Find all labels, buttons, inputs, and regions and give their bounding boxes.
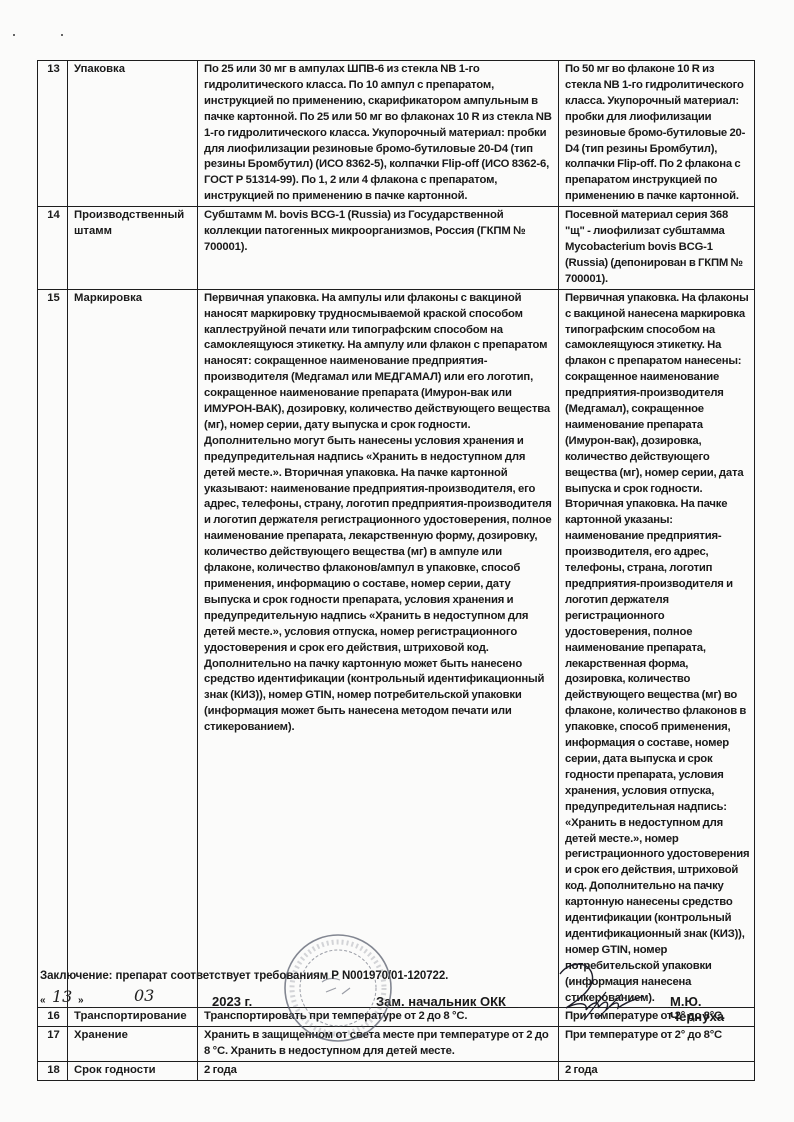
row-requirement: 2 года — [198, 1062, 559, 1081]
result-text: Первичная упаковка. На флаконы с вакцино… — [565, 291, 750, 1007]
row-requirement: Первичная упаковка. На ампулы или флакон… — [198, 289, 559, 1008]
row-number: 18 — [38, 1062, 68, 1081]
date-day: 13 — [52, 987, 72, 1006]
signer-name: М.Ю. Чернуха — [670, 994, 755, 1024]
scan-speck — [13, 34, 15, 36]
result-text: При температуре от 2° до 8°С — [565, 1028, 750, 1044]
conclusion-text: Заключение: препарат соответствует требо… — [40, 970, 448, 982]
table-row: 18 Срок годности 2 года 2 года — [38, 1062, 755, 1081]
row-number: 17 — [38, 1027, 68, 1062]
date-open-quote: « — [40, 995, 46, 1006]
date-year: 2023 г. — [212, 994, 252, 1009]
row-requirement: Хранить в защищенном от света месте при … — [198, 1027, 559, 1062]
result-text: 2 года — [565, 1063, 750, 1079]
date-month: 03 — [134, 986, 154, 1005]
row-result: 2 года — [559, 1062, 755, 1081]
requirement-text: Субштамм M. bovis BCG-1 (Russia) из Госу… — [204, 208, 554, 256]
table-row: 14 Производственный штамм Субштамм M. bo… — [38, 207, 755, 290]
signature-underline — [518, 991, 668, 1008]
row-indicator: Маркировка — [68, 289, 198, 1008]
table-row: 17 Хранение Хранить в защищенном от свет… — [38, 1027, 755, 1062]
row-number: 13 — [38, 61, 68, 207]
row-indicator: Хранение — [68, 1027, 198, 1062]
requirement-text: Хранить в защищенном от света месте при … — [204, 1028, 554, 1060]
specification-table: 13 Упаковка По 25 или 30 мг в ампулах ШП… — [37, 60, 755, 1081]
row-indicator: Упаковка — [68, 61, 198, 207]
row-requirement: По 25 или 30 мг в ампулах ШПВ-6 из стекл… — [198, 61, 559, 207]
scan-speck — [61, 34, 63, 36]
row-indicator: Срок годности — [68, 1062, 198, 1081]
requirement-text: 2 года — [204, 1063, 554, 1079]
row-result: Посевной материал серия 368 "щ" - лиофил… — [559, 207, 755, 290]
row-result: По 50 мг во флаконе 10 R из стекла NB 1-… — [559, 61, 755, 207]
result-text: Посевной материал серия 368 "щ" - лиофил… — [565, 208, 750, 288]
result-text: По 50 мг во флаконе 10 R из стекла NB 1-… — [565, 62, 750, 205]
table-row: 15 Маркировка Первичная упаковка. На амп… — [38, 289, 755, 1008]
row-indicator: Производственный штамм — [68, 207, 198, 290]
date-close-quote: » — [78, 995, 84, 1006]
row-number: 15 — [38, 289, 68, 1008]
signature-line: « 13 » 03 2023 г. Зам. начальник ОКК М.Ю… — [40, 991, 755, 1013]
row-result: Первичная упаковка. На флаконы с вакцино… — [559, 289, 755, 1008]
row-result: При температуре от 2° до 8°С — [559, 1027, 755, 1062]
signer-position: Зам. начальник ОКК — [376, 994, 506, 1009]
requirement-text: По 25 или 30 мг в ампулах ШПВ-6 из стекл… — [204, 62, 554, 205]
row-number: 14 — [38, 207, 68, 290]
requirement-text: Первичная упаковка. На ампулы или флакон… — [204, 291, 554, 736]
table-row: 13 Упаковка По 25 или 30 мг в ампулах ШП… — [38, 61, 755, 207]
row-requirement: Субштамм M. bovis BCG-1 (Russia) из Госу… — [198, 207, 559, 290]
